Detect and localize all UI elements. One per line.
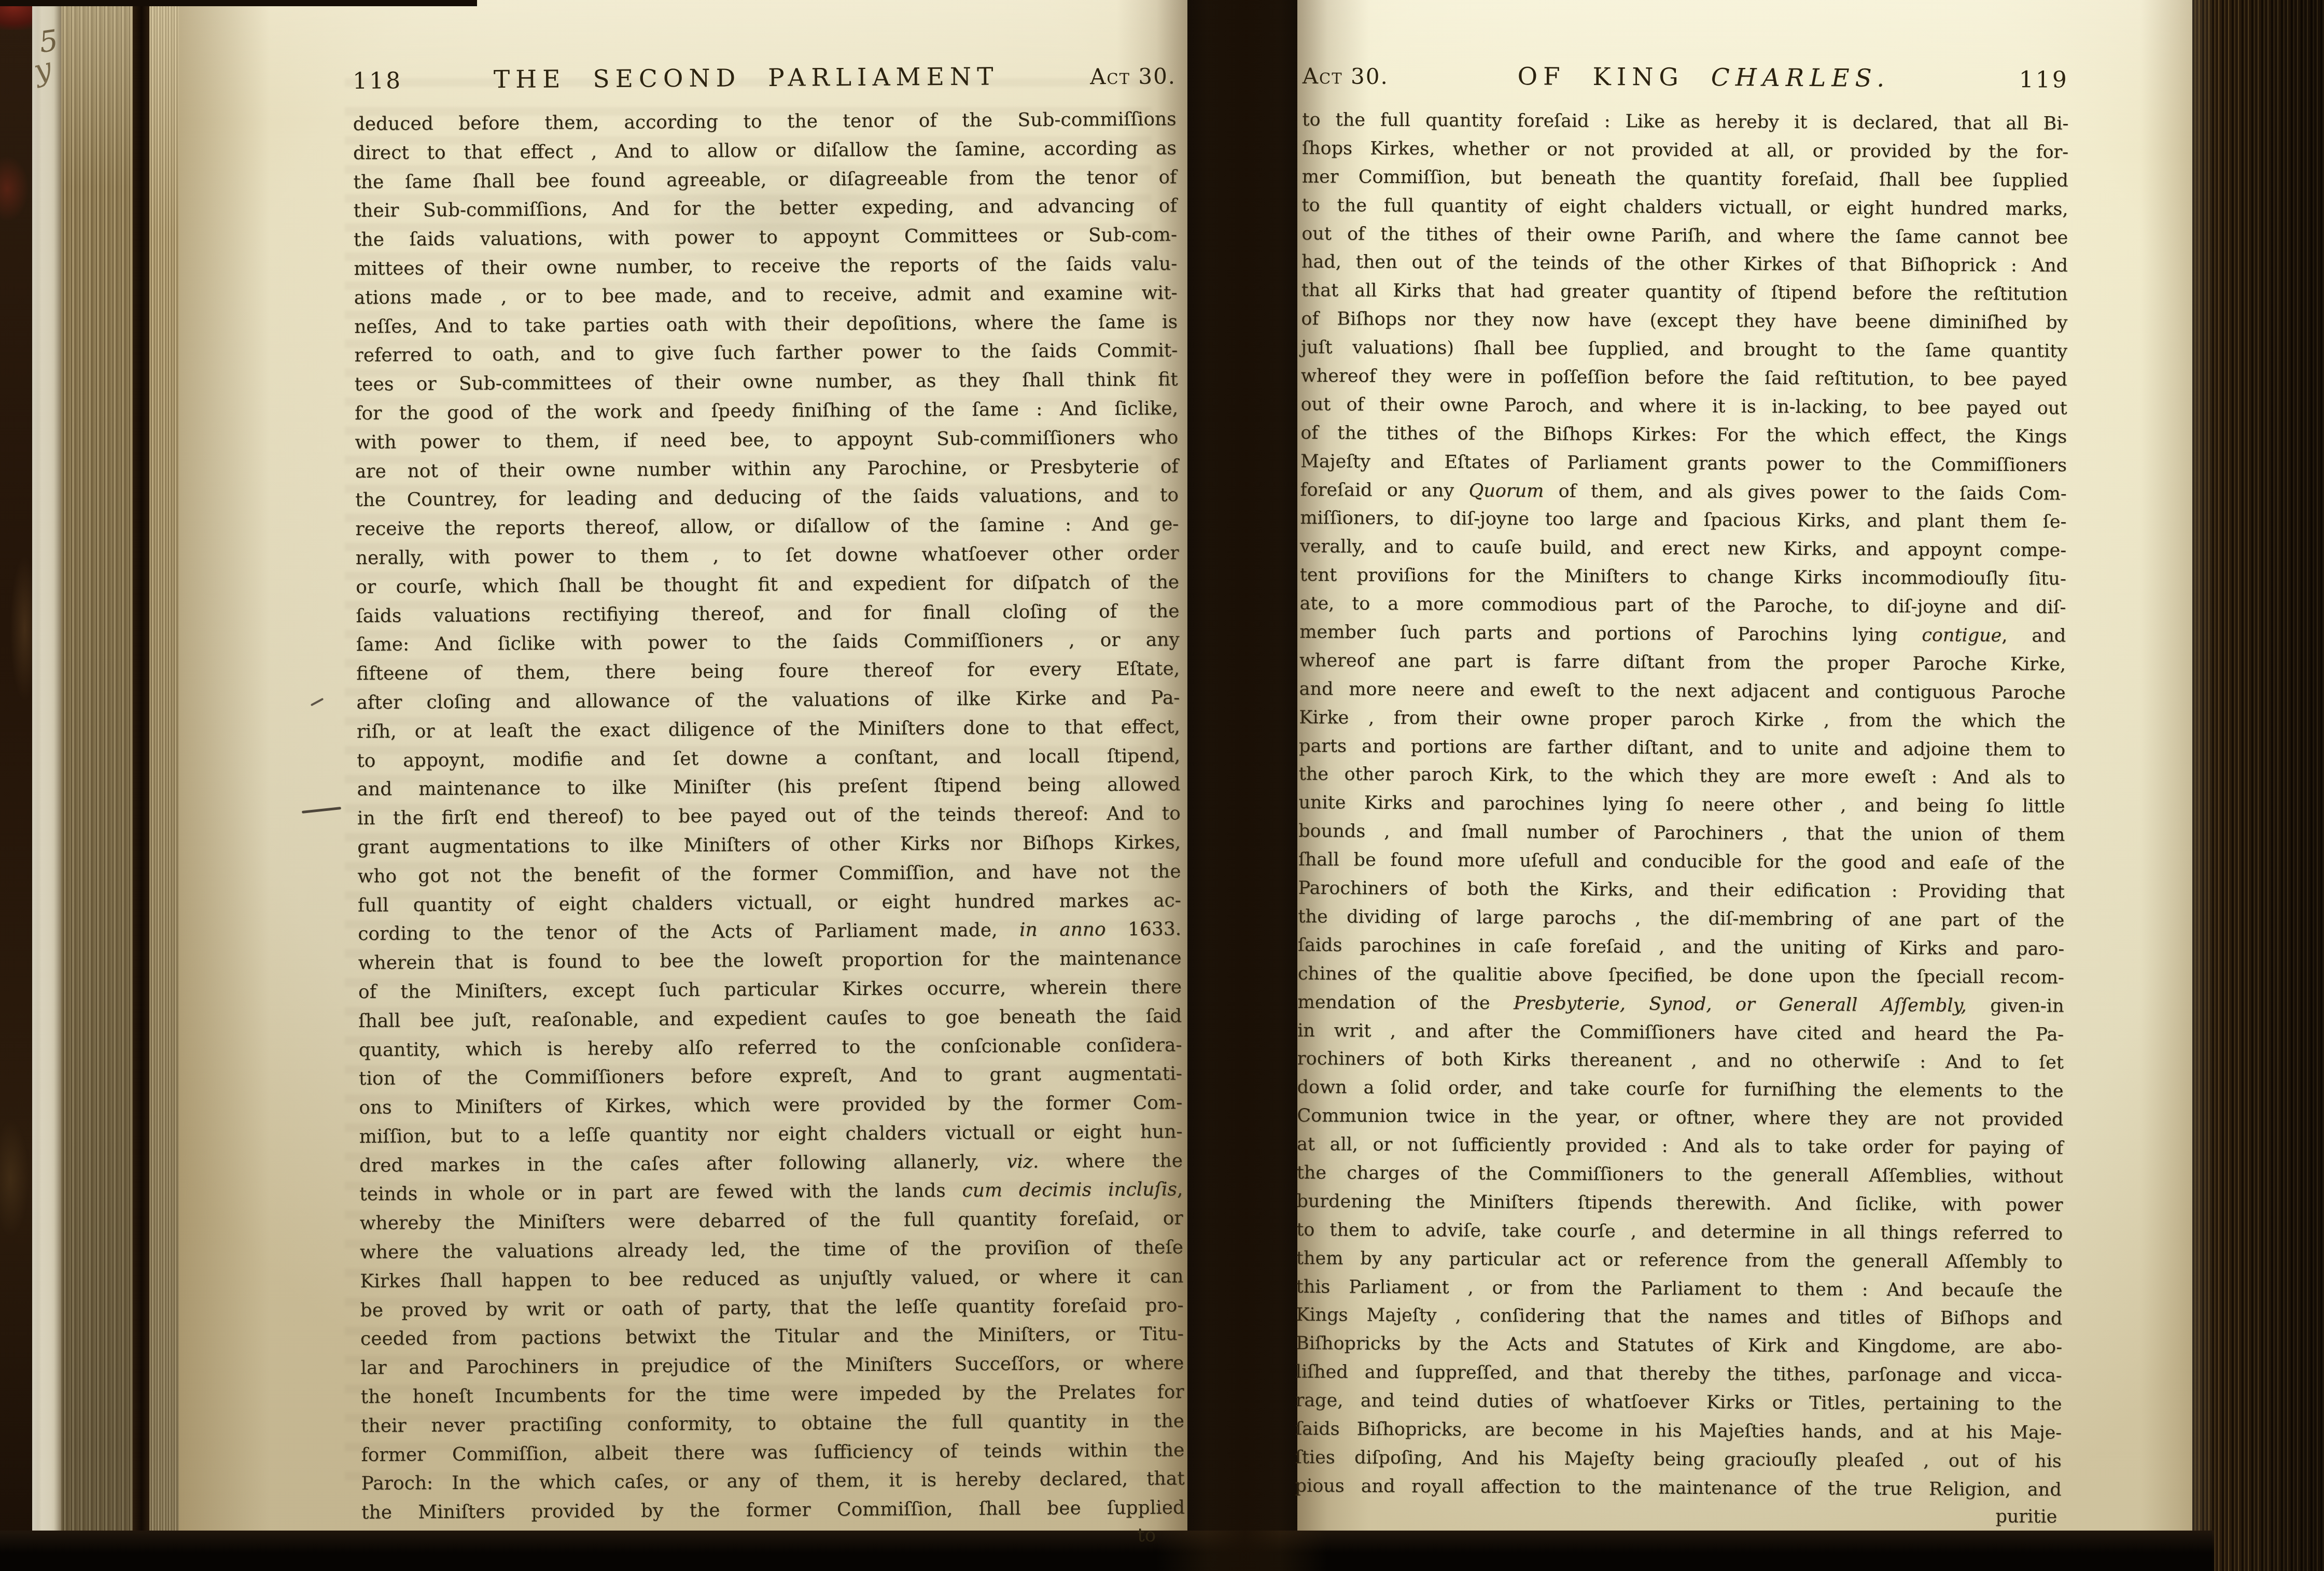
text-line: ſame: And ſiclike with power to the ſaid… [356, 626, 1180, 660]
right-page-header: Act 30. OF KING CHARLES. 119 [1303, 61, 2069, 97]
text-line: ceeded from pactions betwixt the Titular… [360, 1320, 1184, 1354]
text-line: the dividing of large parochs , the diſ-… [1298, 903, 2064, 935]
text-line: ſhall be found more uſefull and conducib… [1298, 846, 2065, 878]
text-line: in the firſt end thereof) to bee payed o… [357, 799, 1181, 833]
text-line: the Countrey, for leading and deducing o… [355, 481, 1179, 515]
left-page-body-text: deduced before them, according to the te… [353, 105, 1185, 1527]
text-line: unite Kirks and parochines lying ſo neer… [1298, 789, 2065, 821]
text-line: miſſion, but to a leſſe quantity nor eig… [359, 1117, 1182, 1151]
text-line: juſt valuations) ſhall bee ſupplied, and… [1301, 333, 2067, 366]
text-line: are not of their owne number within any … [355, 452, 1179, 486]
act-number-label: Act 30. [1303, 63, 1389, 89]
text-line: bounds , and ſmall number of Parochiners… [1298, 817, 2065, 850]
text-line: Communion twice in the year, or oftner, … [1297, 1102, 2063, 1134]
left-page-content: 118 THE SECOND PARLIAMENT Act 30. deduce… [353, 61, 1185, 1551]
text-line: ations made , or to bee made, and to rec… [354, 278, 1178, 312]
text-line: cording to the tenor of the Acts of Parl… [358, 915, 1181, 949]
text-line: referred to oath, and to give ſuch farth… [354, 336, 1178, 370]
text-line: out of the tithes of their owne Pariſh, … [1301, 220, 2068, 253]
text-line: chines of the qualitie above ſpecified, … [1298, 960, 2064, 992]
text-line: Biſhopricks by the Acts and Statutes of … [1296, 1329, 2062, 1362]
text-line: that all Kirks that had greater quantity… [1301, 276, 2068, 309]
left-page-header: 118 THE SECOND PARLIAMENT Act 30. [353, 61, 1176, 99]
text-line: to them to adviſe, take courſe , and det… [1296, 1216, 2063, 1249]
text-line: and maintenance to ilke Miniſter (his pr… [357, 770, 1180, 804]
text-line: and more neere and eweſt to the next adj… [1299, 675, 2066, 708]
text-line: direct to that effect , And to allow or … [353, 134, 1177, 167]
text-line: parts and portions are farther diſtant, … [1299, 732, 2065, 765]
text-line: ſaids valuations rectifiying thereof, an… [356, 597, 1179, 630]
text-line: the charges of the Commiſſioners to the … [1297, 1159, 2063, 1191]
catchword: puritie [1295, 1503, 2061, 1527]
page-block-edge-right [2192, 0, 2324, 1571]
text-line: to appoynt, modifie and ſet downe a conſ… [357, 741, 1180, 775]
text-line: member ſuch parts and portions of Paroch… [1299, 618, 2066, 651]
text-line: where the valuations already led, the ti… [360, 1233, 1183, 1267]
text-line: liſhed and ſuppreſſed, and that thereby … [1296, 1358, 2062, 1391]
book-spread-scan: 5 y 118 THE SECOND PARLIAMENT Act 30. de… [0, 0, 2324, 1571]
text-line: miſſioners, to diſ-joyne too large and ſ… [1300, 504, 2066, 537]
text-line: in writ , and after the Commiſſioners ha… [1297, 1016, 2064, 1049]
text-line: mer Commiſſion, but beneath the quantity… [1302, 163, 2068, 195]
text-line: ſhops Kirkes, whether or not provided at… [1302, 134, 2068, 167]
text-line: Majeſty and Eſtates of Parliament grants… [1300, 447, 2067, 480]
text-line: ſhall bee juſt, reaſonable, and expedien… [358, 1002, 1182, 1035]
text-line: out of their owne Paroch, and where it i… [1300, 390, 2067, 423]
text-line: Kirkes ſhall happen to bee reduced as un… [360, 1262, 1183, 1296]
text-line: former Commiſſion, albeit there was ſuff… [361, 1436, 1184, 1469]
text-line: the other paroch Kirk, to the which they… [1299, 760, 2065, 793]
text-line: them by any particular act or reference … [1296, 1244, 2063, 1277]
act-number-label: Act 30. [1090, 63, 1176, 89]
text-line: rage, and teind duties of whatſoever Kir… [1295, 1386, 2062, 1419]
text-line: after cloſing and allowance of the valua… [356, 683, 1180, 717]
text-line: down a ſolid order, and take courſe for … [1297, 1073, 2063, 1106]
text-line: burdening the Miniſters ſtipends therewi… [1296, 1187, 2063, 1220]
text-line: neſſes, And to take parties oath with th… [354, 307, 1178, 341]
text-line: the ſame ſhall bee found agreeable, or d… [353, 163, 1177, 197]
page-number: 119 [2019, 66, 2069, 93]
text-line: be proved by writ or oath of party, that… [360, 1291, 1183, 1325]
running-title: THE SECOND PARLIAMENT [494, 62, 999, 94]
text-line: foreſaid or any Quorum of them, and als … [1300, 476, 2067, 509]
text-line: had, then out of the teinds of the other… [1301, 248, 2068, 280]
text-line: nerally, with power to them , to ſet dow… [356, 539, 1179, 572]
text-line: tent proviſions for the Miniſters to cha… [1300, 561, 2066, 594]
text-line: to the full quantity of eight chalders v… [1301, 191, 2068, 224]
page-block-gap [133, 0, 150, 1571]
top-edge-shadow [0, 0, 477, 6]
text-line: receive the reports thereof, allow, or d… [355, 510, 1179, 543]
text-line: of Biſhops nor they now have (except the… [1301, 305, 2067, 338]
text-line: pious and royall affection to the mainte… [1295, 1472, 2061, 1505]
text-line: who got not the benefit of the former Co… [357, 857, 1181, 891]
text-line: or courſe, which ſhall be thought fit an… [356, 568, 1179, 601]
text-line: quantity, which is hereby alſo referred … [358, 1031, 1182, 1064]
text-line: fifteene of them, there being foure ther… [356, 654, 1180, 688]
text-line: Parochiners of both the Kirks, and their… [1298, 874, 2065, 907]
text-line: whereof they were in poſſeſſion before t… [1301, 362, 2067, 395]
text-line: the honeſt Incumbents for the time were … [361, 1378, 1184, 1411]
text-line: to the full quantity foreſaid : Like as … [1302, 106, 2068, 138]
text-line: ons to Miniſters of Kirkes, which were p… [359, 1088, 1182, 1122]
text-line: ate, to a more commodious part of the Pa… [1299, 590, 2066, 622]
text-line: deduced before them, according to the te… [353, 105, 1177, 138]
text-line: this Parliament , or from the Parliament… [1296, 1272, 2062, 1305]
text-line: of the Miniſters, except ſuch particular… [358, 973, 1182, 1006]
text-line: Paroch: In the which caſes, or any of th… [361, 1465, 1185, 1498]
text-line: ſties diſpoſing, And his Majeſty being g… [1295, 1443, 2062, 1476]
text-line: verally, and to cauſe build, and erect n… [1300, 532, 2066, 565]
text-line: the ſaids valuations, with power to appo… [354, 220, 1177, 254]
book-cover-leather-edge [0, 0, 35, 1571]
text-line: Kings Majeſty , conſidering that the nam… [1296, 1301, 2062, 1334]
text-line: rochiners of both Kirks thereanent , and… [1297, 1045, 2064, 1077]
text-line: lar and Parochiners in prejudice of the … [360, 1349, 1184, 1383]
text-line: riſh, or at leaſt the exact diligence of… [357, 712, 1180, 746]
right-page-content: Act 30. OF KING CHARLES. 119 to the full… [1295, 61, 2069, 1527]
running-title: OF KING CHARLES. [1517, 62, 1890, 93]
spine-vellum-strip: 5 y [32, 0, 63, 1555]
text-line: with power to them, if need bee, to appo… [355, 423, 1178, 457]
page-block-fore-edge [61, 0, 135, 1571]
text-line: their never practiſing conformity, to ob… [361, 1407, 1184, 1440]
text-line: ſaids Biſhopricks, are become in his Maj… [1295, 1415, 2062, 1448]
text-line: tion of the Commiſſioners before expreſt… [359, 1060, 1182, 1093]
text-line: dred markes in the caſes after following… [359, 1146, 1183, 1180]
text-line: full quantity of eight chalders victuall… [358, 886, 1181, 920]
text-line: for the good of the work and ſpeedy fini… [355, 394, 1178, 428]
text-line: whereof ane part is farre diſtant from t… [1299, 647, 2066, 679]
text-line: mittees of their owne number, to receive… [354, 249, 1177, 283]
text-line: mendation of the Presbyterie, Synod, or … [1297, 988, 2064, 1021]
text-line: the Miniſters provided by the former Com… [361, 1493, 1185, 1527]
text-line: Kirke , from their owne proper paroch Ki… [1299, 704, 2065, 736]
right-page-body-text: to the full quantity foreſaid : Like as … [1295, 106, 2068, 1504]
text-line: teinds in whole or in part are fewed wit… [359, 1175, 1183, 1209]
text-line: grant augmentations to ilke Miniſters of… [357, 828, 1181, 862]
page-block-fore-edge-inner [149, 0, 181, 1571]
text-line: tees or Sub-committees of their owne num… [355, 365, 1178, 399]
text-line: their Sub-commiſſions, And for the bette… [354, 192, 1177, 226]
text-line: of the tithes of the Biſhops Kirkes: For… [1300, 419, 2067, 452]
text-line: whereby the Miniſters were debarred of t… [359, 1204, 1183, 1238]
text-line: ſaids parochines in caſe foreſaid , and … [1298, 931, 2064, 964]
text-line: wherein that is found to bee the loweſt … [358, 944, 1181, 977]
page-number: 118 [353, 67, 402, 94]
text-line: at all, or not ſufficiently provided : A… [1297, 1130, 2063, 1163]
